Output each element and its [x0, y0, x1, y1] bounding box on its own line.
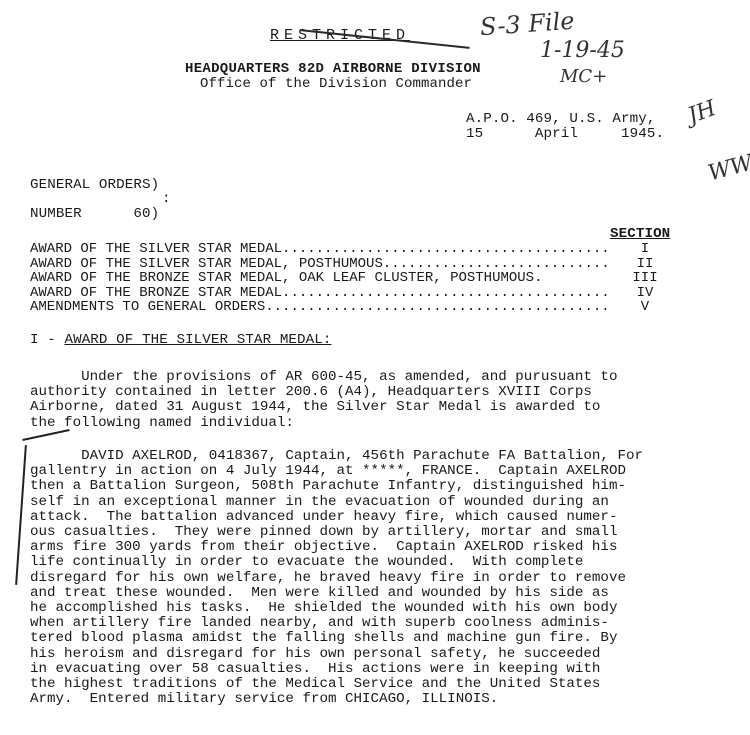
citation-paragraph: DAVID AXELROD, 0418367, Captain, 456th P… [30, 449, 720, 707]
handwritten-signature-2: WW [706, 151, 750, 187]
toc-title: AMENDMENTS TO GENERAL ORDERS............… [30, 300, 610, 315]
office-subheading: Office of the Division Commander [200, 77, 472, 92]
margin-bracket [15, 445, 27, 585]
toc-row: AWARD OF THE SILVER STAR MEDAL, POSTHUMO… [30, 257, 680, 272]
orders-number: NUMBER 60) [30, 207, 159, 222]
apo-address: A.P.O. 469, U.S. Army, [466, 112, 656, 127]
toc-section-number: V [610, 300, 680, 315]
toc-row: AWARD OF THE BRONZE STAR MEDAL, OAK LEAF… [30, 271, 680, 286]
toc-section-number: II [610, 257, 680, 272]
toc-section-number: III [610, 271, 680, 286]
section-title: AWARD OF THE SILVER STAR MEDAL: [64, 332, 331, 348]
section-column-header: SECTION [610, 227, 670, 242]
general-orders-label: GENERAL ORDERS) [30, 178, 159, 193]
section-i-heading: I - AWARD OF THE SILVER STAR MEDAL: [30, 333, 332, 348]
section-prefix: I - [30, 332, 64, 348]
toc-row: AMENDMENTS TO GENERAL ORDERS............… [30, 300, 680, 315]
table-of-contents: AWARD OF THE SILVER STAR MEDAL..........… [30, 242, 680, 315]
unit-heading: HEADQUARTERS 82D AIRBORNE DIVISION [185, 62, 481, 77]
order-date: 15 April 1945. [466, 127, 664, 142]
toc-row: AWARD OF THE SILVER STAR MEDAL..........… [30, 242, 680, 257]
intro-paragraph: Under the provisions of AR 600-45, as am… [30, 370, 720, 431]
margin-bracket-top [22, 429, 69, 441]
toc-section-number: I [610, 242, 680, 257]
toc-title: AWARD OF THE BRONZE STAR MEDAL..........… [30, 286, 610, 301]
toc-title: AWARD OF THE SILVER STAR MEDAL, POSTHUMO… [30, 257, 610, 272]
orders-colon: : [162, 192, 171, 207]
toc-row: AWARD OF THE BRONZE STAR MEDAL..........… [30, 286, 680, 301]
toc-title: AWARD OF THE SILVER STAR MEDAL..........… [30, 242, 610, 257]
toc-section-number: IV [610, 286, 680, 301]
handwritten-initials-note: MC+ [560, 66, 607, 87]
handwritten-signature-1: JH [685, 96, 720, 129]
handwritten-date-note: 1-19-45 [540, 38, 625, 63]
handwritten-file-note: S-3 File [479, 7, 575, 42]
toc-title: AWARD OF THE BRONZE STAR MEDAL, OAK LEAF… [30, 271, 610, 286]
classification-stamp: RESTRICTED [270, 28, 410, 43]
document-page: RESTRICTED HEADQUARTERS 82D AIRBORNE DIV… [0, 0, 750, 735]
